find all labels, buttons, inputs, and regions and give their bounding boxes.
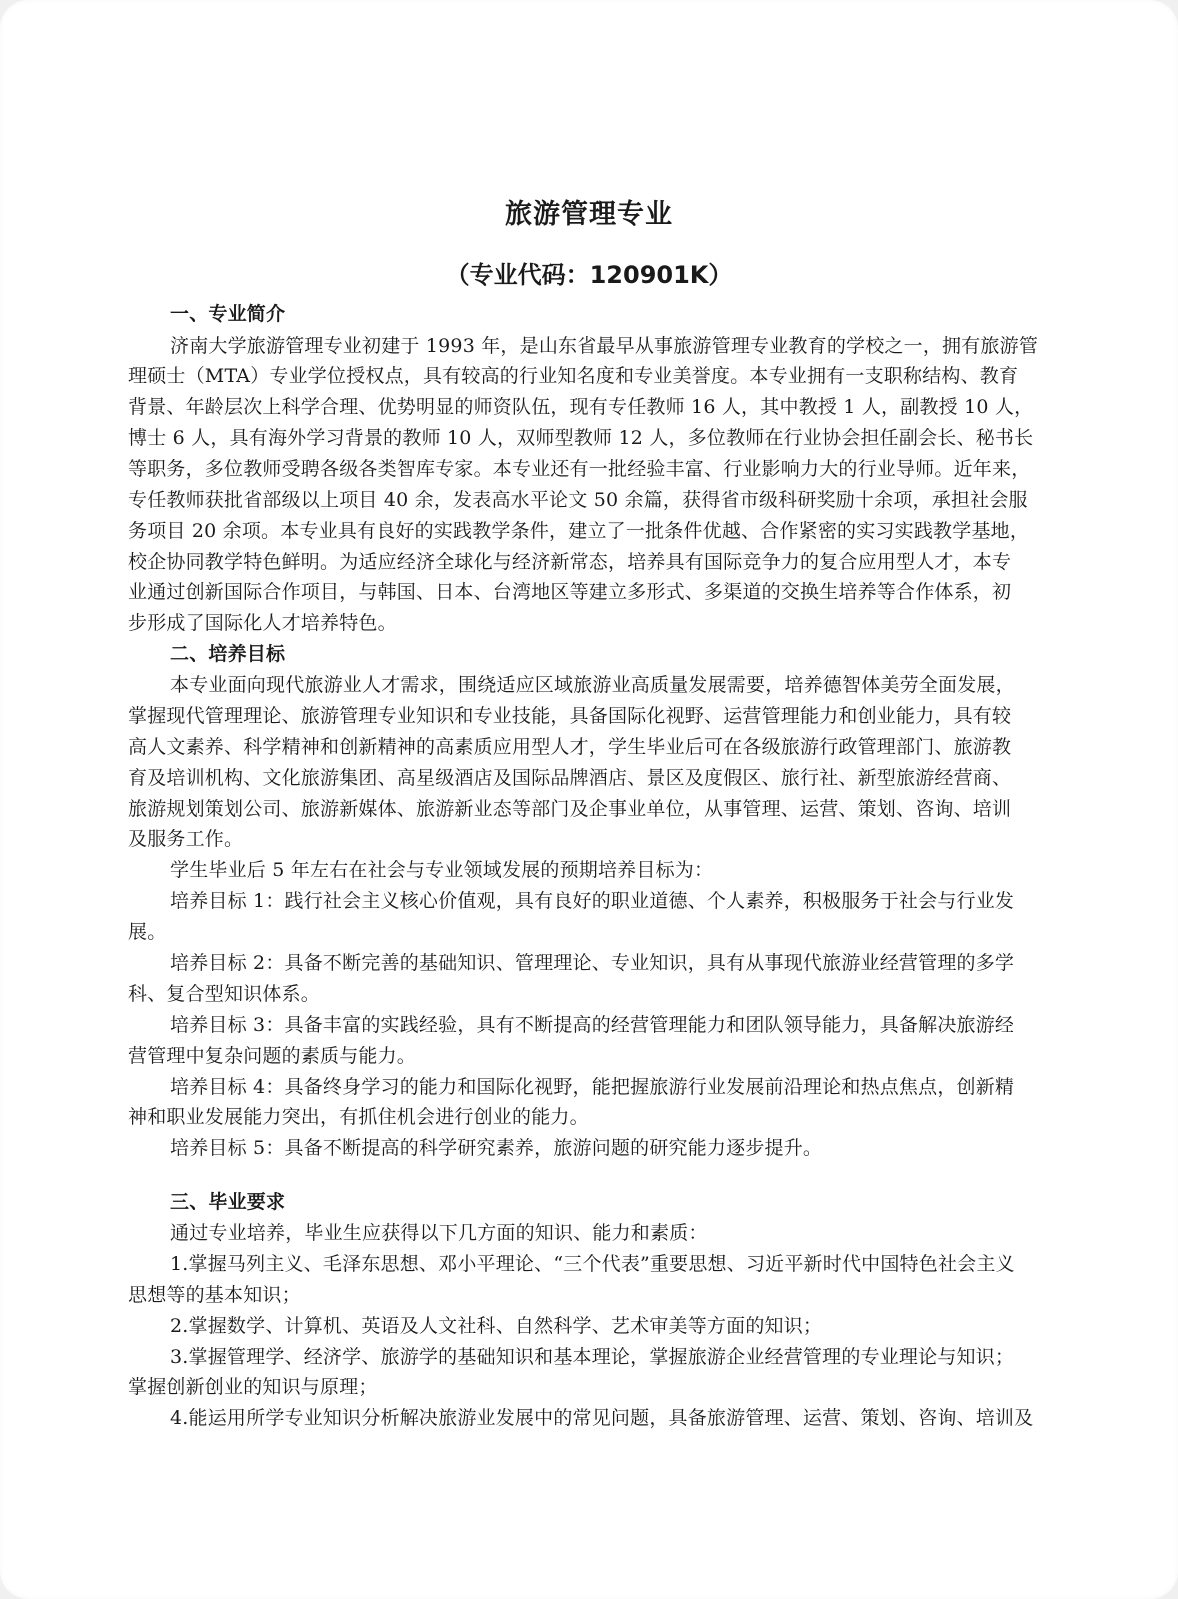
text-line: 掌握现代管理理论、旅游管理专业知识和专业技能，具备国际化视野、运营管理能力和创业… [128, 704, 1011, 728]
document-title: 旅游管理专业 [0, 192, 1178, 231]
text-line: 务项目 20 余项。本专业具有良好的实践教学条件，建立了一批条件优越、合作紧密的… [128, 519, 1029, 543]
text-line: 育及培训机构、文化旅游集团、高星级酒店及国际品牌酒店、景区及度假区、旅行社、新型… [128, 766, 1011, 790]
text-line: 培养目标 2：具备不断完善的基础知识、管理理论、专业知识，具有从事现代旅游业经营… [170, 951, 1014, 975]
section-heading: 一、专业简介 [170, 302, 285, 326]
major-code: （专业代码：120901K） [0, 255, 1178, 290]
text-line: 培养目标 4：具备终身学习的能力和国际化视野，能把握旅游行业发展前沿理论和热点焦… [170, 1075, 1014, 1099]
text-line: 培养目标 3：具备丰富的实践经验，具有不断提高的经营管理能力和团队领导能力，具备… [170, 1013, 1014, 1037]
text-line: 营管理中复杂问题的素质与能力。 [128, 1044, 416, 1068]
text-line: 思想等的基本知识； [128, 1283, 301, 1307]
text-line: 济南大学旅游管理专业初建于 1993 年，是山东省最早从事旅游管理专业教育的学校… [170, 334, 1038, 358]
text-line: 1.掌握马列主义、毛泽东思想、邓小平理论、“三个代表”重要思想、习近平新时代中国… [170, 1252, 1015, 1276]
text-line: 2.掌握数学、计算机、英语及人文社科、自然科学、艺术审美等方面的知识； [170, 1314, 822, 1338]
text-line: 博士 6 人，具有海外学习背景的教师 10 人，双师型教师 12 人，多位教师在… [128, 426, 1033, 450]
text-line: 旅游规划策划公司、旅游新媒体、旅游新业态等部门及企事业单位，从事管理、运营、策划… [128, 797, 1011, 821]
text-line: 及服务工作。 [128, 827, 243, 851]
text-line: 3.掌握管理学、经济学、旅游学的基础知识和基本理论，掌握旅游企业经营管理的专业理… [170, 1345, 1014, 1369]
text-line: 通过专业培养，毕业生应获得以下几方面的知识、能力和素质： [170, 1221, 708, 1245]
text-line: 步形成了国际化人才培养特色。 [128, 611, 397, 635]
text-line: 专任教师获批省部级以上项目 40 余，发表高水平论文 50 余篇，获得省市级科研… [128, 488, 1028, 512]
text-line: 高人文素养、科学精神和创新精神的高素质应用型人才，学生毕业后可在各级旅游行政管理… [128, 735, 1011, 759]
text-line: 4.能运用所学专业知识分析解决旅游业发展中的常见问题，具备旅游管理、运营、策划、… [170, 1406, 1033, 1430]
section-heading: 三、毕业要求 [170, 1190, 285, 1214]
text-line: 本专业面向现代旅游业人才需求，围绕适应区域旅游业高质量发展需要，培养德智体美劳全… [170, 673, 1015, 697]
text-line: 理硕士（MTA）专业学位授权点，具有较高的行业知名度和专业美誉度。本专业拥有一支… [128, 364, 1018, 388]
text-line: 培养目标 5：具备不断提高的科学研究素养，旅游问题的研究能力逐步提升。 [170, 1136, 822, 1160]
section-heading: 二、培养目标 [170, 642, 285, 666]
text-line: 科、复合型知识体系。 [128, 982, 320, 1006]
text-line: 展。 [128, 920, 166, 944]
text-line: 背景、年龄层次上科学合理、优势明显的师资队伍，现有专任教师 16 人，其中教授 … [128, 395, 1033, 419]
text-line: 校企协同教学特色鲜明。为适应经济全球化与经济新常态，培养具有国际竞争力的复合应用… [128, 550, 1011, 574]
text-line: 神和职业发展能力突出，有抓住机会进行创业的能力。 [128, 1105, 589, 1129]
text-line: 学生毕业后 5 年左右在社会与专业领域发展的预期培养目标为： [170, 858, 713, 882]
document-page: 旅游管理专业 （专业代码：120901K） 一、专业简介济南大学旅游管理专业初建… [0, 0, 1178, 1599]
text-line: 培养目标 1：践行社会主义核心价值观，具有良好的职业道德、个人素养，积极服务于社… [170, 889, 1014, 913]
text-line: 业通过创新国际合作项目，与韩国、日本、台湾地区等建立多形式、多渠道的交换生培养等… [128, 580, 1011, 604]
text-line: 掌握创新创业的知识与原理； [128, 1375, 378, 1399]
text-line: 等职务，多位教师受聘各级各类智库专家。本专业还有一批经验丰富、行业影响力大的行业… [128, 457, 1030, 481]
